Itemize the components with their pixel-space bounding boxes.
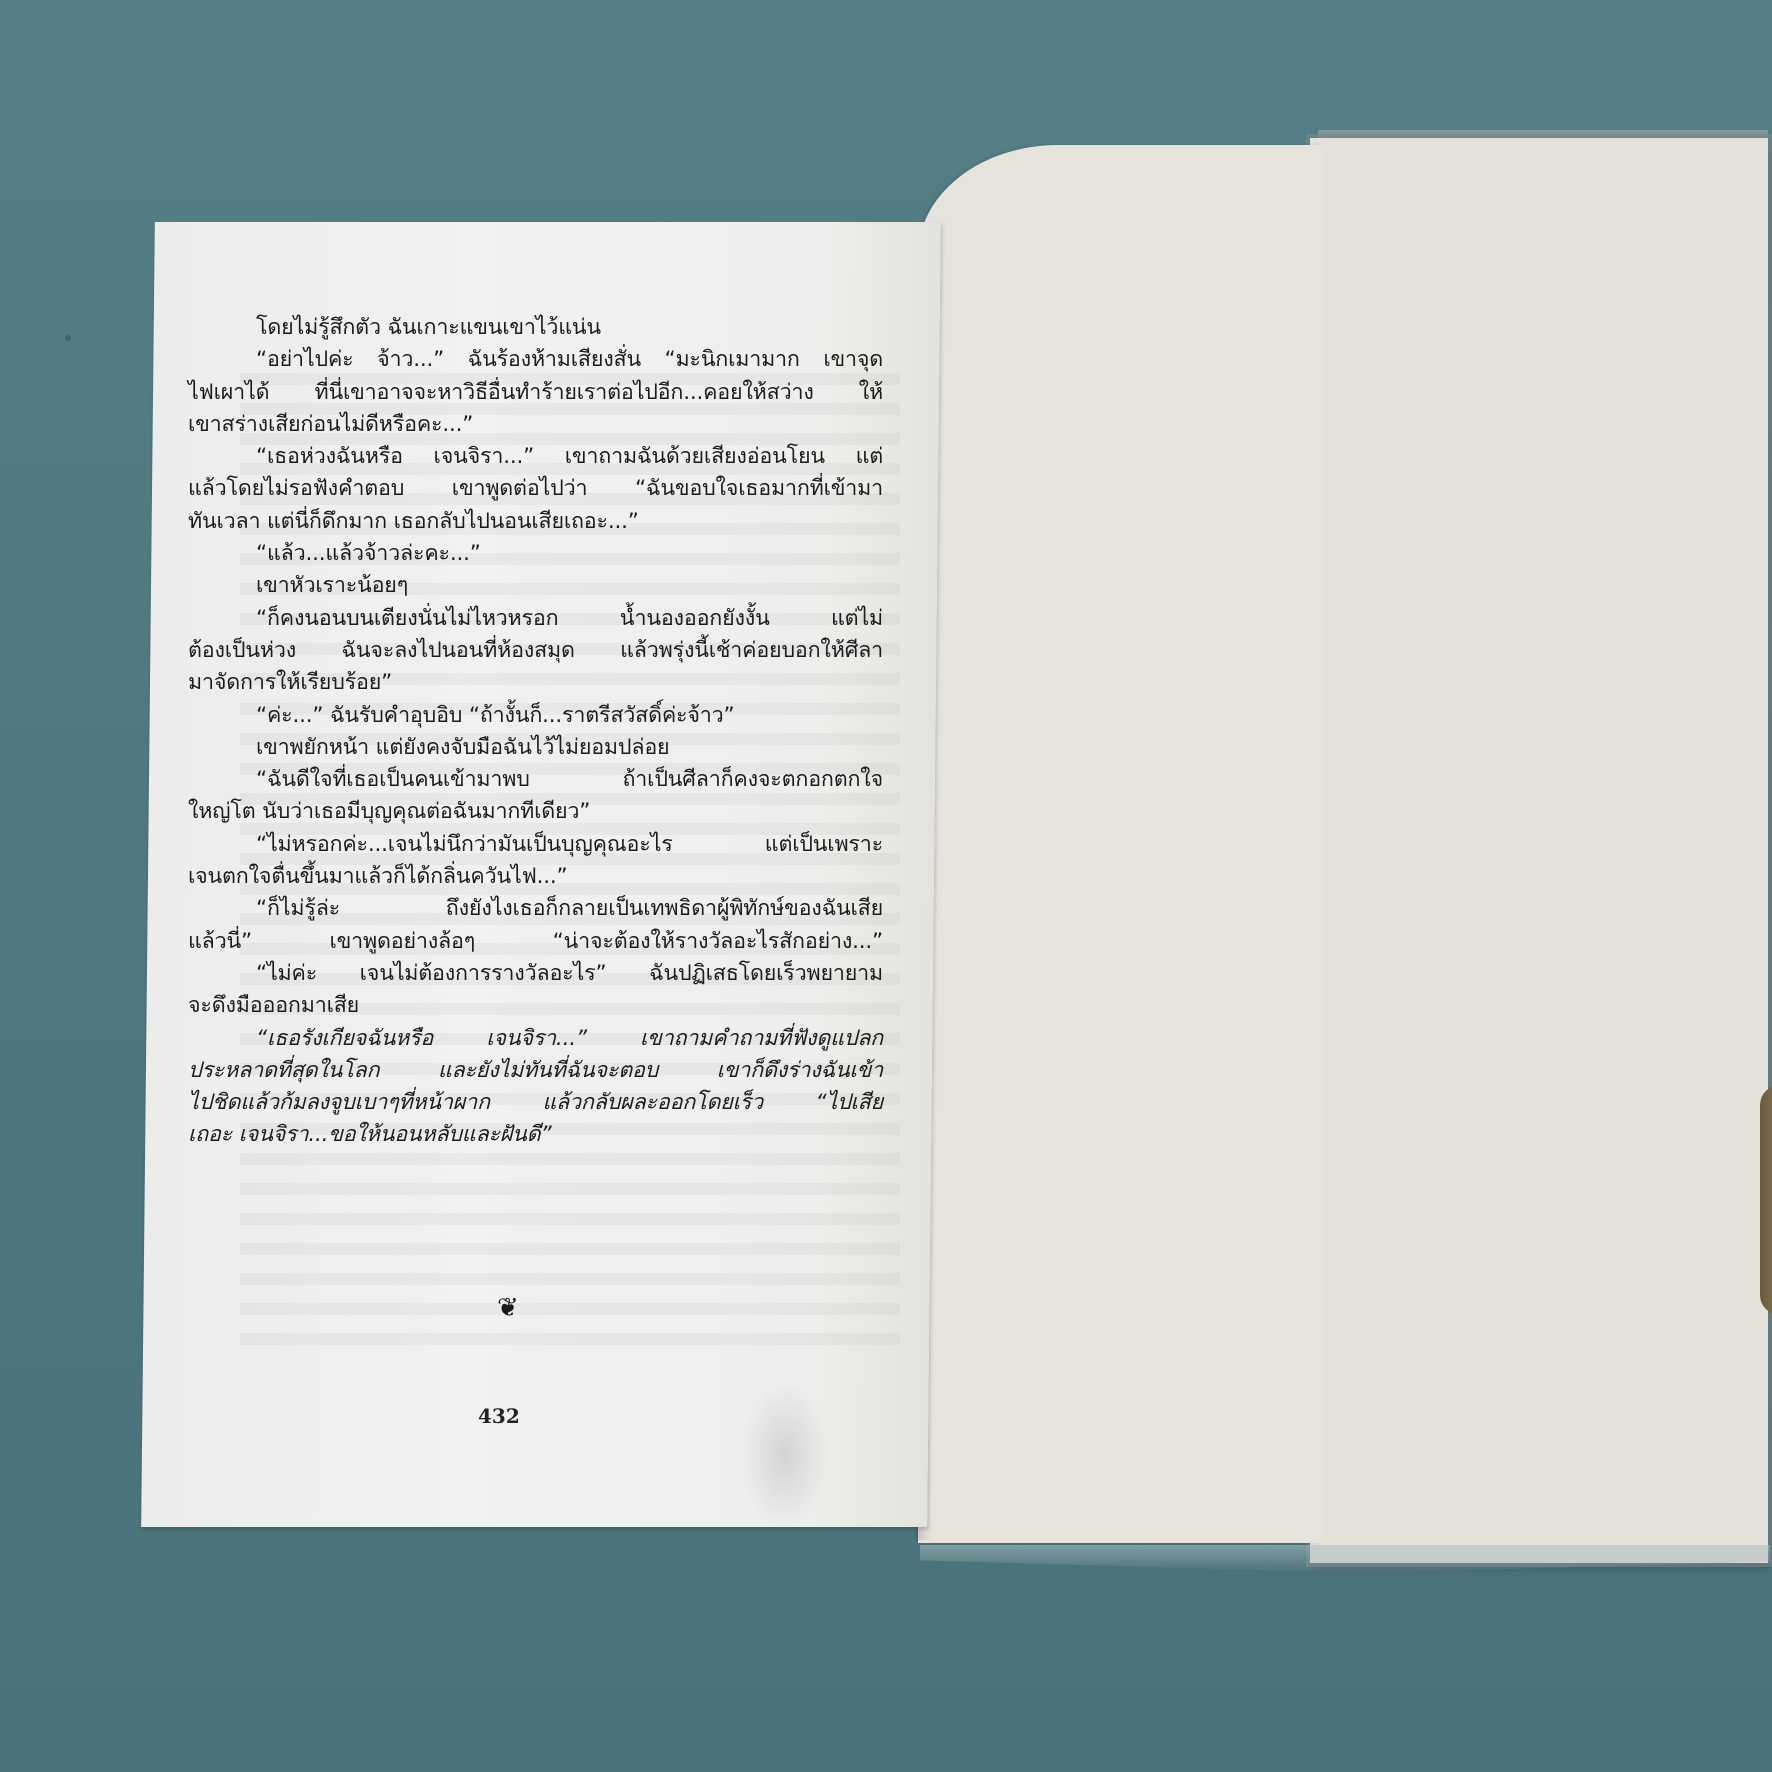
text-line: “อย่าไปค่ะ จ้าว...” ฉันร้องห้ามเสียงสั่น…: [188, 344, 883, 376]
body-text: โดยไม่รู้สึกตัว ฉันเกาะแขนเขาไว้แน่น “อย…: [188, 312, 883, 1152]
thumb-holding-book: [1760, 1085, 1772, 1315]
text-line: “ก็คงนอนบนเตียงนั่นไม่ไหวหรอก น้ำนองออกย…: [188, 603, 883, 635]
text-line: “ไม่ค่ะ เจนไม่ต้องการรางวัลอะไร” ฉันปฏิเ…: [188, 958, 883, 990]
page-smudge: [740, 1380, 830, 1530]
text-line: ใหญ่โต นับว่าเธอมีบุญคุณต่อฉันมากทีเดียว…: [188, 796, 883, 828]
text-line: “ค่ะ...” ฉันรับคำอุบอิบ “ถ้างั้นก็...ราต…: [188, 700, 883, 732]
text-line: “เธอรังเกียจฉันหรือ เจนจิรา...” เขาถามคำ…: [188, 1023, 883, 1055]
text-line: “ไม่หรอกค่ะ...เจนไม่นึกว่ามันเป็นบุญคุณอ…: [188, 829, 883, 861]
surface-speck: [65, 335, 71, 341]
text-line: แล้วนี่” เขาพูดอย่างล้อๆ “น่าจะต้องให้รา…: [188, 926, 883, 958]
plastic-sleeve-bottom-edge: [920, 1545, 1770, 1573]
text-line: ประหลาดที่สุดในโลก และยังไม่ทันที่ฉันจะต…: [188, 1055, 883, 1087]
text-line: ไปชิดแล้วก้มลงจูบเบาๆที่หน้าผาก แล้วกลับ…: [188, 1087, 883, 1119]
text-line: เจนตกใจตื่นขึ้นมาแล้วก็ได้กลิ่นควันไฟ...…: [188, 861, 883, 893]
text-line: เขาพยักหน้า แต่ยังคงจับมือฉันไว้ไม่ยอมปล…: [188, 732, 883, 764]
heart-fleuron-icon: ❦: [497, 1293, 519, 1323]
text-line: “แล้ว...แล้วจ้าวล่ะคะ...”: [188, 538, 883, 570]
text-line: เขาหัวเราะน้อยๆ: [188, 570, 883, 602]
text-line: จะดึงมือออกมาเสีย: [188, 990, 883, 1022]
text-line: โดยไม่รู้สึกตัว ฉันเกาะแขนเขาไว้แน่น: [188, 312, 883, 344]
text-line: ต้องเป็นห่วง ฉันจะลงไปนอนที่ห้องสมุด แล้…: [188, 635, 883, 667]
text-line: “ก็ไม่รู้ล่ะ ถึงยังไงเธอก็กลายเป็นเทพธิด…: [188, 893, 883, 925]
text-line: ไฟเผาได้ ที่นี่เขาอาจจะหาวิธีอื่นทำร้ายเ…: [188, 377, 883, 409]
text-line: เถอะ เจนจิรา...ขอให้นอนหลับและฝันดี”: [188, 1119, 883, 1151]
text-line: “ฉันดีใจที่เธอเป็นคนเข้ามาพบ ถ้าเป็นศีลา…: [188, 764, 883, 796]
page-number: 432: [478, 1404, 520, 1428]
text-line: เขาสร่างเสียก่อนไม่ดีหรือคะ...”: [188, 409, 883, 441]
text-line: มาจัดการให้เรียบร้อย”: [188, 667, 883, 699]
text-line: แล้วโดยไม่รอฟังคำตอบ เขาพูดต่อไปว่า “ฉัน…: [188, 473, 883, 505]
text-line: “เธอห่วงฉันหรือ เจนจิรา...” เขาถามฉันด้ว…: [188, 441, 883, 473]
middle-blank-page[interactable]: [918, 145, 1323, 1543]
right-blank-page[interactable]: [1310, 138, 1768, 1563]
text-line: ทันเวลา แต่นี่ก็ดึกมาก เธอกลับไปนอนเสียเ…: [188, 506, 883, 538]
